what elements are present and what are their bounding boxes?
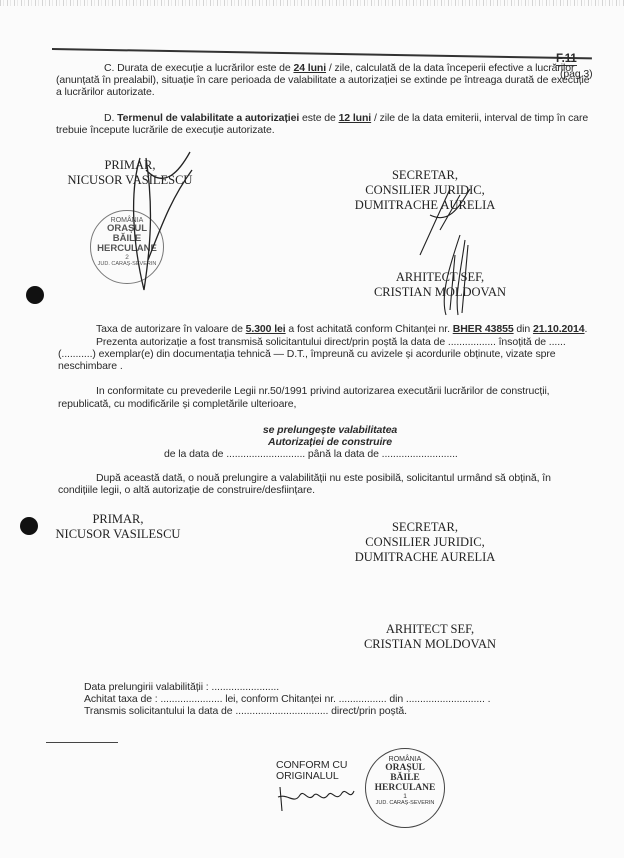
- secretar-title: SECRETAR,: [350, 520, 500, 535]
- stamp-number: 1: [366, 793, 444, 800]
- footer-line1: Data prelungirii valabilității : .......…: [84, 681, 279, 693]
- section-c-line1: C. Durata de execuție a lucrărilor este …: [104, 62, 574, 74]
- section-d-prefix: D.: [104, 112, 117, 124]
- footnote-rule: [46, 742, 118, 743]
- certification-line2: ORIGINALUL: [276, 771, 347, 782]
- section-d-line1: D. Termenul de valabilitate a autorizați…: [104, 112, 588, 124]
- stamp-line1: ORAȘUL: [366, 763, 444, 773]
- secretar-role: CONSILIER JURIDIC,: [350, 535, 500, 550]
- secretar-title: SECRETAR,: [350, 168, 500, 183]
- section-d-duration: 12 luni: [339, 112, 372, 124]
- secretar-name: DUMITRACHE AURELIA: [350, 550, 500, 565]
- primar-signature-icon: [110, 150, 200, 300]
- section-c-duration: 24 luni: [293, 62, 326, 74]
- stamp-county: JUD. CARAȘ-SEVERIN: [366, 800, 444, 806]
- primar-title: PRIMAR,: [50, 512, 186, 527]
- stamp-country: ROMÂNIA: [366, 756, 444, 763]
- section-c-line3: a lucrărilor autorizate.: [56, 86, 155, 98]
- extension-dates: de la data de ..........................…: [164, 448, 458, 460]
- payment-line2: Prezenta autorizație a fost transmisă so…: [96, 336, 566, 348]
- section-c-prefix: C. Durata de execuție a lucrărilor este …: [104, 62, 293, 74]
- punch-hole-icon: [26, 286, 44, 304]
- primar-block-bottom: PRIMAR, NICUSOR VASILESCU: [50, 512, 186, 542]
- arhitect-title: ARHITECT SEF,: [360, 622, 500, 637]
- extension-heading2: Autorizației de construire: [150, 436, 510, 448]
- payment-line4: neschimbare .: [58, 360, 123, 372]
- section-c-suffix: / zile, calculată de la data începerii e…: [326, 62, 574, 74]
- receipt-number: BHER 43855: [453, 323, 514, 335]
- footer-line2: Achitat taxa de : ......................…: [84, 693, 490, 705]
- certification-signature-icon: [276, 783, 356, 813]
- section-d-bold: Termenul de valabilitate a autorizației: [117, 112, 299, 124]
- after-line1: După această dată, o nouă prelungire a v…: [96, 472, 551, 484]
- secretar-block-bottom: SECRETAR, CONSILIER JURIDIC, DUMITRACHE …: [350, 520, 500, 565]
- arhitect-name: CRISTIAN MOLDOVAN: [360, 637, 500, 652]
- section-d-line2: trebuie începute lucrările de execuție a…: [56, 124, 275, 136]
- secretar-signature-icon: [410, 185, 480, 320]
- after-line2: condițiile legii, o altă autorizație de …: [58, 484, 315, 496]
- law-line1: In conformitate cu prevederile Legii nr.…: [96, 385, 550, 397]
- payment-din: din: [514, 323, 533, 335]
- stamp-line2: BĂILE: [366, 773, 444, 783]
- payment-amount: 5.300 lei: [246, 323, 286, 335]
- primar-name: NICUSOR VASILESCU: [50, 527, 186, 542]
- payment-line1: Taxa de autorizare în valoare de 5.300 l…: [96, 323, 587, 335]
- header-rule: [52, 48, 592, 59]
- payment-mid: a fost achitată conform Chitanței nr.: [286, 323, 453, 335]
- arhitect-block-bottom: ARHITECT SEF, CRISTIAN MOLDOVAN: [360, 622, 500, 652]
- punch-hole-icon: [20, 517, 38, 535]
- section-c-line2: (anunțată în prealabil), situație în car…: [56, 74, 589, 86]
- section-d-mid: este de: [299, 112, 338, 124]
- extension-heading1: se prelungește valabilitatea: [150, 424, 510, 436]
- section-d-suffix: / zile de la data emiterii, interval de …: [371, 112, 588, 124]
- certification-text: CONFORM CU ORIGINALUL: [276, 760, 347, 782]
- payment-line3: (...........) exemplar(e) din documentaț…: [58, 348, 556, 360]
- payment-prefix: Taxa de autorizare în valoare de: [96, 323, 246, 335]
- law-line2: republicată, cu modificările și completă…: [58, 398, 296, 410]
- footer-line3: Transmis solicitantului la data de .....…: [84, 705, 407, 717]
- official-stamp-bottom: ROMÂNIA ORAȘUL BĂILE HERCULANE 1 JUD. CA…: [365, 748, 445, 828]
- receipt-date: 21.10.2014: [533, 323, 585, 335]
- payment-end: .: [585, 323, 588, 335]
- scan-noise-strip: [0, 0, 624, 6]
- stamp-line3: HERCULANE: [366, 783, 444, 793]
